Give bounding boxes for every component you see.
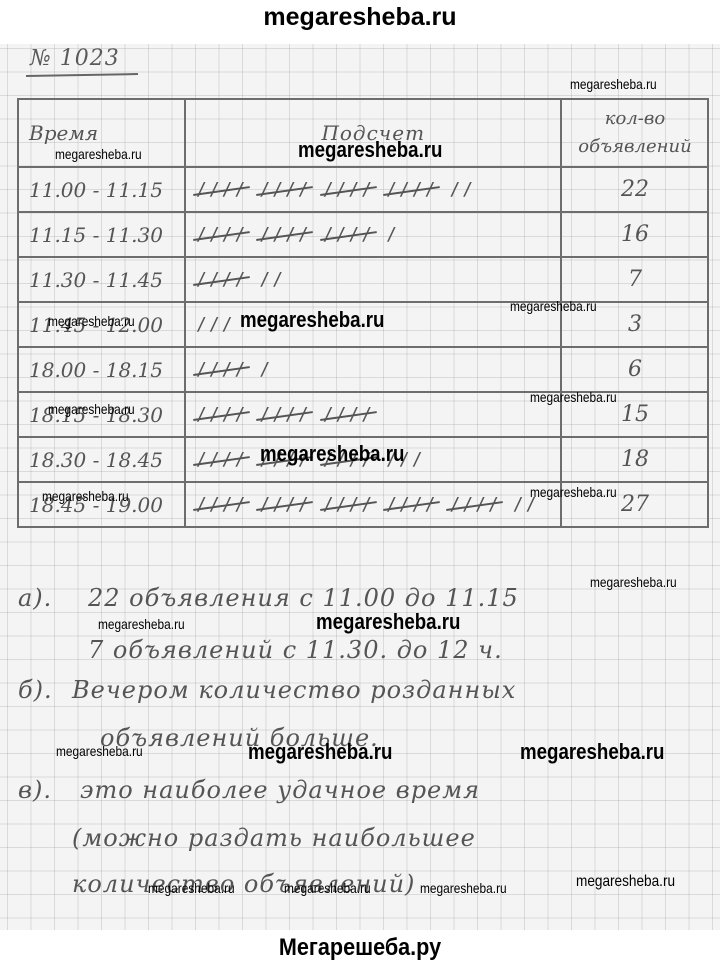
tally-group-five: //// <box>449 494 500 515</box>
cell-time: 11.00 - 11.15 <box>18 167 185 212</box>
tally-marks: // <box>259 269 285 290</box>
tally-strike <box>256 186 313 196</box>
tally-marks: // <box>449 179 475 200</box>
tally-group-five: //// <box>196 449 247 470</box>
watermark: megaresheba.ru <box>576 873 675 891</box>
tally-strike <box>320 501 377 511</box>
tally-strike <box>447 501 504 511</box>
tally-group-five: //// <box>323 179 374 200</box>
tally-strike <box>193 456 250 466</box>
answer-c-label: в). <box>18 776 52 804</box>
watermark: megaresheba.ru <box>56 743 143 759</box>
watermark: megaresheba.ru <box>42 488 129 504</box>
table-row: 11.00 - 11.15 ////////////////// 22 <box>18 167 708 212</box>
watermark: megaresheba.ru <box>55 146 142 162</box>
tally-group-five: //// <box>196 359 247 380</box>
watermark: megaresheba.ru <box>530 389 617 405</box>
header-count: кол-во объявлений <box>561 99 708 167</box>
header-count-line2: объявлений <box>572 133 697 161</box>
task-number: № 1023 <box>30 46 120 71</box>
tally-group-five: //// <box>259 494 310 515</box>
answer-b-label: б). <box>18 676 53 704</box>
watermark: megaresheba.ru <box>510 298 597 314</box>
tally-strike <box>256 231 313 241</box>
tally-group-five: //// <box>196 494 247 515</box>
cell-time: 11.15 - 11.30 <box>18 212 185 257</box>
cell-count: 7 <box>561 257 708 302</box>
tally-strike <box>320 231 377 241</box>
tally-strike <box>193 366 250 376</box>
tally-group-five: //// <box>323 224 374 245</box>
tally-strike <box>320 186 377 196</box>
watermark: megaresheba.ru <box>48 313 135 329</box>
tally-marks: /// <box>196 314 235 335</box>
tally-strike <box>193 411 250 421</box>
tally-strike <box>193 186 250 196</box>
tally-group-five: //// <box>323 494 374 515</box>
footer-banner: Мегарешеба.ру <box>36 930 684 965</box>
tally-strike <box>256 411 313 421</box>
cell-time: 18.30 - 18.45 <box>18 437 185 482</box>
watermark: megaresheba.ru <box>284 880 371 896</box>
tally-group-five: //// <box>196 404 247 425</box>
answer-a-line2: 7 объявлений с 11.30. до 12 ч. <box>88 636 503 664</box>
watermark: megaresheba.ru <box>98 616 185 632</box>
cell-count: 18 <box>561 437 708 482</box>
cell-count: 16 <box>561 212 708 257</box>
watermark: megaresheba.ru <box>530 484 617 500</box>
watermark: megaresheba.ru <box>590 574 677 590</box>
tally-strike <box>320 411 377 421</box>
tally-marks: / <box>386 224 399 245</box>
tally-strike <box>193 501 250 511</box>
tally-group-five: //// <box>323 404 374 425</box>
table-row: 18.00 - 18.15 ///// 6 <box>18 347 708 392</box>
answer-b-line1: Вечером количество розданных <box>72 676 516 704</box>
tally-strike <box>256 501 313 511</box>
tally-group-five: //// <box>386 179 437 200</box>
watermark: megaresheba.ru <box>48 401 135 417</box>
cell-tally: //////////// <box>185 392 561 437</box>
tally-group-five: //// <box>386 494 437 515</box>
header-count-line1: кол-во <box>572 105 697 133</box>
tally-group-five: //// <box>196 269 247 290</box>
tally-strike <box>383 186 440 196</box>
watermark: megaresheba.ru <box>248 739 392 765</box>
table-row: 11.15 - 11.30 ///////////// 16 <box>18 212 708 257</box>
cell-tally: ///// <box>185 347 561 392</box>
watermark: megaresheba.ru <box>520 739 664 765</box>
cell-tally: ////// <box>185 257 561 302</box>
tally-group-five: //// <box>196 179 247 200</box>
answer-c-line2: (можно раздать наибольшее <box>72 824 476 852</box>
answer-a-line1: 22 объявления с 11.00 до 11.15 <box>88 584 519 612</box>
tally-marks: / <box>259 359 272 380</box>
watermark: megaresheba.ru <box>148 880 235 896</box>
cell-tally: ////////////////// <box>185 167 561 212</box>
task-number-underline <box>26 73 138 77</box>
cell-time: 18.00 - 18.15 <box>18 347 185 392</box>
tally-group-five: //// <box>259 224 310 245</box>
cell-tally: ///////////// <box>185 212 561 257</box>
watermark: megaresheba.ru <box>260 441 404 467</box>
table-row: 11.30 - 11.45 ////// 7 <box>18 257 708 302</box>
watermark: megaresheba.ru <box>240 307 384 333</box>
answer-c-line1: это наиболее удачное время <box>80 776 480 804</box>
cell-time: 11.30 - 11.45 <box>18 257 185 302</box>
tally-strike <box>193 276 250 286</box>
tally-group-five: //// <box>196 224 247 245</box>
tally-strike <box>383 501 440 511</box>
header-banner: megaresheba.ru <box>0 0 720 44</box>
tally-group-five: //// <box>259 404 310 425</box>
watermark: megaresheba.ru <box>570 76 657 92</box>
cell-tally: ////////////////////// <box>185 482 561 527</box>
cell-count: 22 <box>561 167 708 212</box>
watermark: megaresheba.ru <box>298 137 442 163</box>
watermark: megaresheba.ru <box>420 880 507 896</box>
cell-count: 6 <box>561 347 708 392</box>
answer-a-label: а). <box>18 584 52 612</box>
tally-group-five: //// <box>259 179 310 200</box>
tally-strike <box>193 231 250 241</box>
watermark: megaresheba.ru <box>316 609 460 635</box>
